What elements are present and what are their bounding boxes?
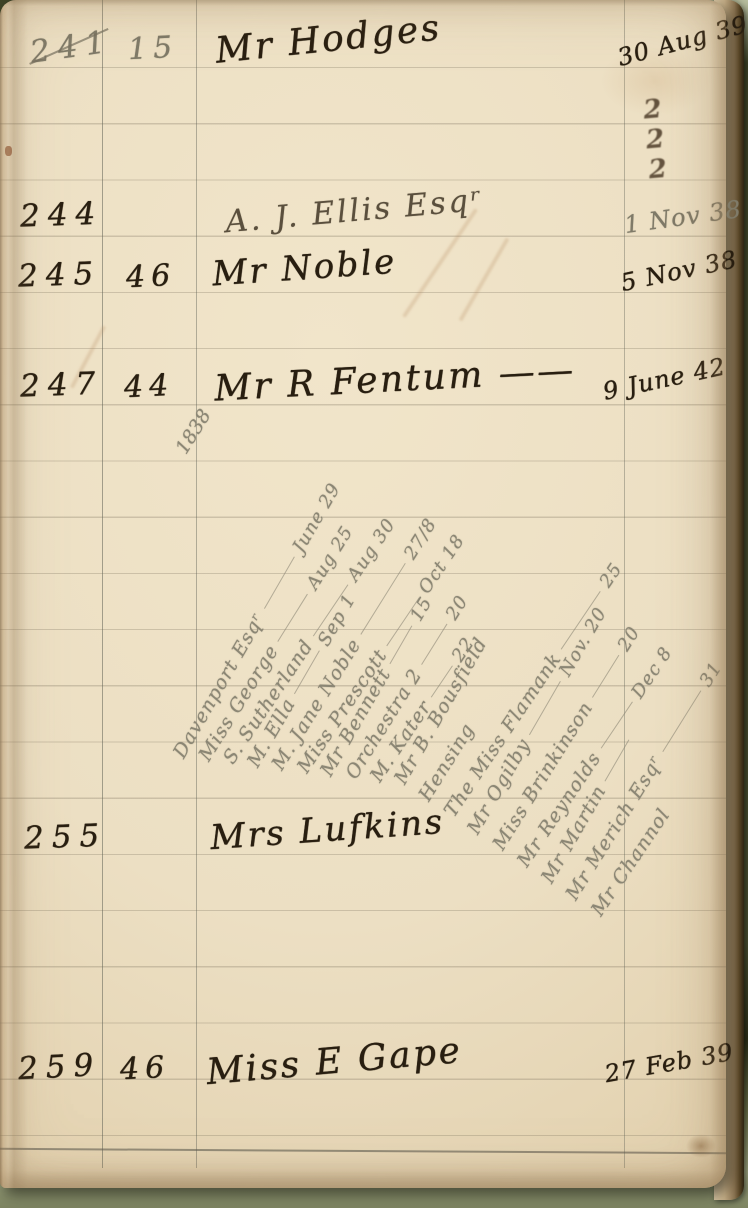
entry-number: 245 — [17, 257, 101, 294]
scanned-ledger-page: 24115Mr Hodges30 Aug 39244A. J. Ellis Es… — [0, 0, 748, 1208]
pencil-dash — [659, 688, 701, 752]
pencil-entry-date: 25 — [595, 559, 626, 591]
column-rule-left — [102, 0, 103, 1168]
column-rule-right — [624, 0, 625, 1168]
pencil-entry-date: 31 — [696, 658, 727, 690]
entry-seat-number: 44 — [123, 369, 175, 405]
pencil-year-note: 1838 — [171, 405, 215, 458]
ink-blot-marks: 2 2 2 — [642, 89, 730, 186]
pencil-dash — [588, 653, 619, 698]
entry-name: Mrs Lufkins — [209, 804, 446, 858]
entry-number: 255 — [23, 819, 107, 856]
entry-name: Mr Noble — [211, 244, 398, 294]
pencil-entry-date: Dec 8 — [627, 642, 676, 701]
pencil-entry-date: 20 — [613, 623, 644, 655]
entry-name: Mr R Fentum —— — [213, 351, 576, 409]
entry-number: 259 — [17, 1048, 102, 1086]
bottom-pencil-rule — [0, 1148, 726, 1154]
pencil-entry-date: 20 — [441, 592, 472, 624]
entry-seat-number: 46 — [125, 259, 177, 295]
entry-date: 9 June 42 — [601, 353, 729, 405]
entry-seat-number: 46 — [119, 1051, 171, 1087]
entry-date: 5 Nov 38 — [619, 246, 740, 296]
entry-date: 1 Nov 38 — [623, 196, 744, 239]
entry-seat-number: 15 — [127, 31, 179, 67]
ink-offset-ghost — [459, 237, 510, 321]
stain — [686, 1134, 716, 1158]
entry-name: A. J. Ellis Esqʳ — [224, 183, 485, 240]
entry-name: Miss E Gape — [205, 1031, 464, 1093]
ledger-paper: 24115Mr Hodges30 Aug 39244A. J. Ellis Es… — [0, 0, 726, 1188]
entry-number: 247 — [19, 367, 103, 404]
entry-date: 27 Feb 39 — [603, 1039, 736, 1088]
column-rule-middle — [196, 0, 197, 1168]
entry-number: 244 — [19, 197, 103, 234]
entry-name: Mr Hodges — [214, 8, 444, 71]
stain — [5, 146, 12, 156]
ink-offset-ghost — [402, 208, 478, 318]
